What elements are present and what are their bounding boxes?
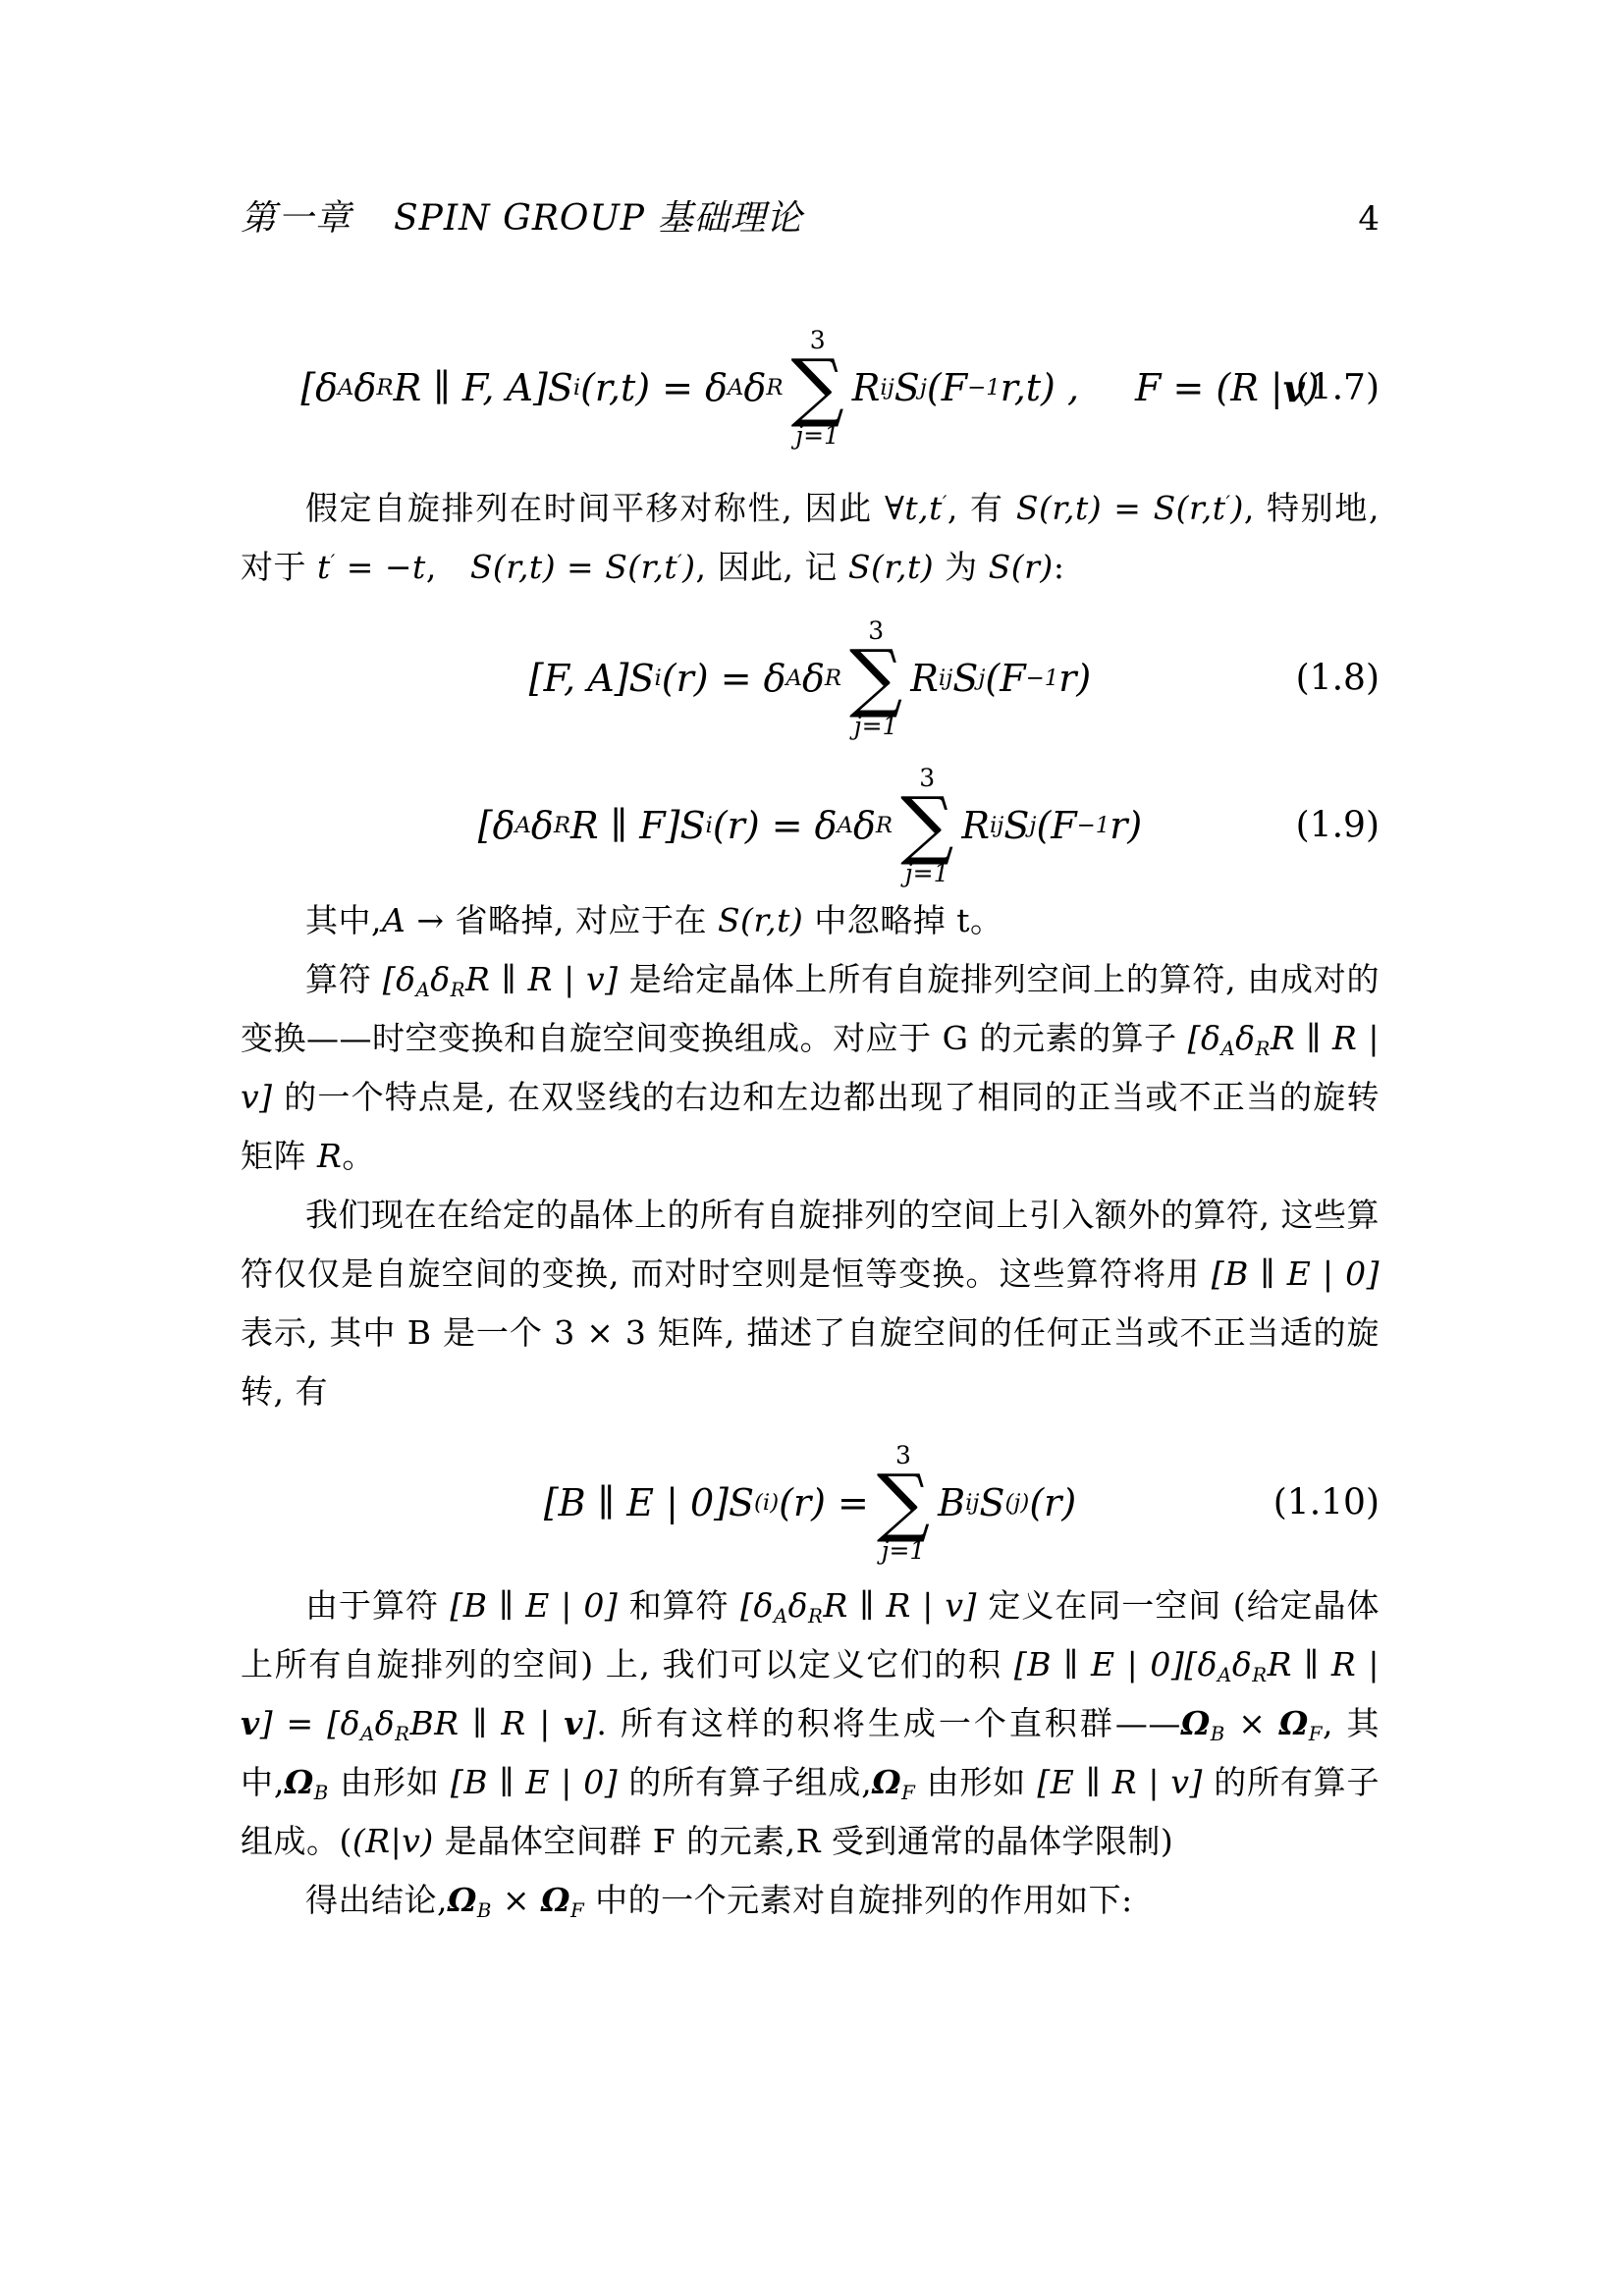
equation-1-8-math: [F, A]Si(r) = δAδR3∑j=1RijSj(F−1r) [529,618,1091,739]
paragraph-conclusion: 得出结论,ΩB × ΩF 中的一个元素对自旋排列的作用如下: [241,1871,1380,1930]
equation-1-9-math: [δAδRR ∥ F]Si(r) = δAδR3∑j=1RijSj(F−1r) [478,766,1143,886]
equation-1-9-number: (1.9) [1296,806,1380,846]
equation-1-7-math: [δAδRR ∥ F, A]Si (r,t) = δAδR3∑j=1RijSj … [300,328,1319,449]
chapter-title: SPIN GROUP 基础理论 [394,190,802,240]
equation-1-9: [δAδRR ∥ F]Si(r) = δAδR3∑j=1RijSj(F−1r) … [241,762,1380,889]
equation-1-7: [δAδRR ∥ F, A]Si (r,t) = δAδR3∑j=1RijSj … [241,324,1380,452]
paragraph-operator-definition: 算符 [δAδRR ∥ R | v] 是给定晶体上所有自旋排列空间上的算符, 由… [241,950,1380,1186]
equation-1-10-math: [B ∥ E | 0]S(i)(r) = 3∑j=1BijS(j) (r) [544,1443,1076,1564]
paragraph-time-translation: 假定自旋排列在时间平移对称性, 因此 ∀t,t′, 有 S(r,t) = S(r… [241,479,1380,597]
text-column: [δAδRR ∥ F, A]Si (r,t) = δAδR3∑j=1RijSj … [241,324,1380,1930]
equation-1-8-number: (1.8) [1296,659,1380,699]
equation-1-8: [F, A]Si(r) = δAδR3∑j=1RijSj(F−1r) (1.8) [241,614,1380,742]
running-head-left: 第一章 SPIN GROUP 基础理论 [241,190,802,240]
paragraph-direct-product-group: 由于算符 [B ∥ E | 0] 和算符 [δAδRR ∥ R | v] 定义在… [241,1576,1380,1871]
equation-1-7-number: (1.7) [1296,368,1380,408]
equation-1-10-number: (1.10) [1273,1483,1380,1523]
paragraph-extra-operators: 我们现在在给定的晶体上的所有自旋排列的空间上引入额外的算符, 这些算符仅仅是自旋… [241,1186,1380,1421]
running-head: 第一章 SPIN GROUP 基础理论 4 [241,190,1380,240]
paragraph-omit-t: 其中,A → 省略掉, 对应于在 S(r,t) 中忽略掉 t。 [241,891,1380,950]
document-page: 第一章 SPIN GROUP 基础理论 4 [δAδRR ∥ F, A]Si (… [0,0,1624,2296]
equation-1-10: [B ∥ E | 0]S(i)(r) = 3∑j=1BijS(j) (r) (1… [241,1439,1380,1567]
chapter-label: 第一章 [241,190,352,240]
page-number: 4 [1358,199,1380,239]
